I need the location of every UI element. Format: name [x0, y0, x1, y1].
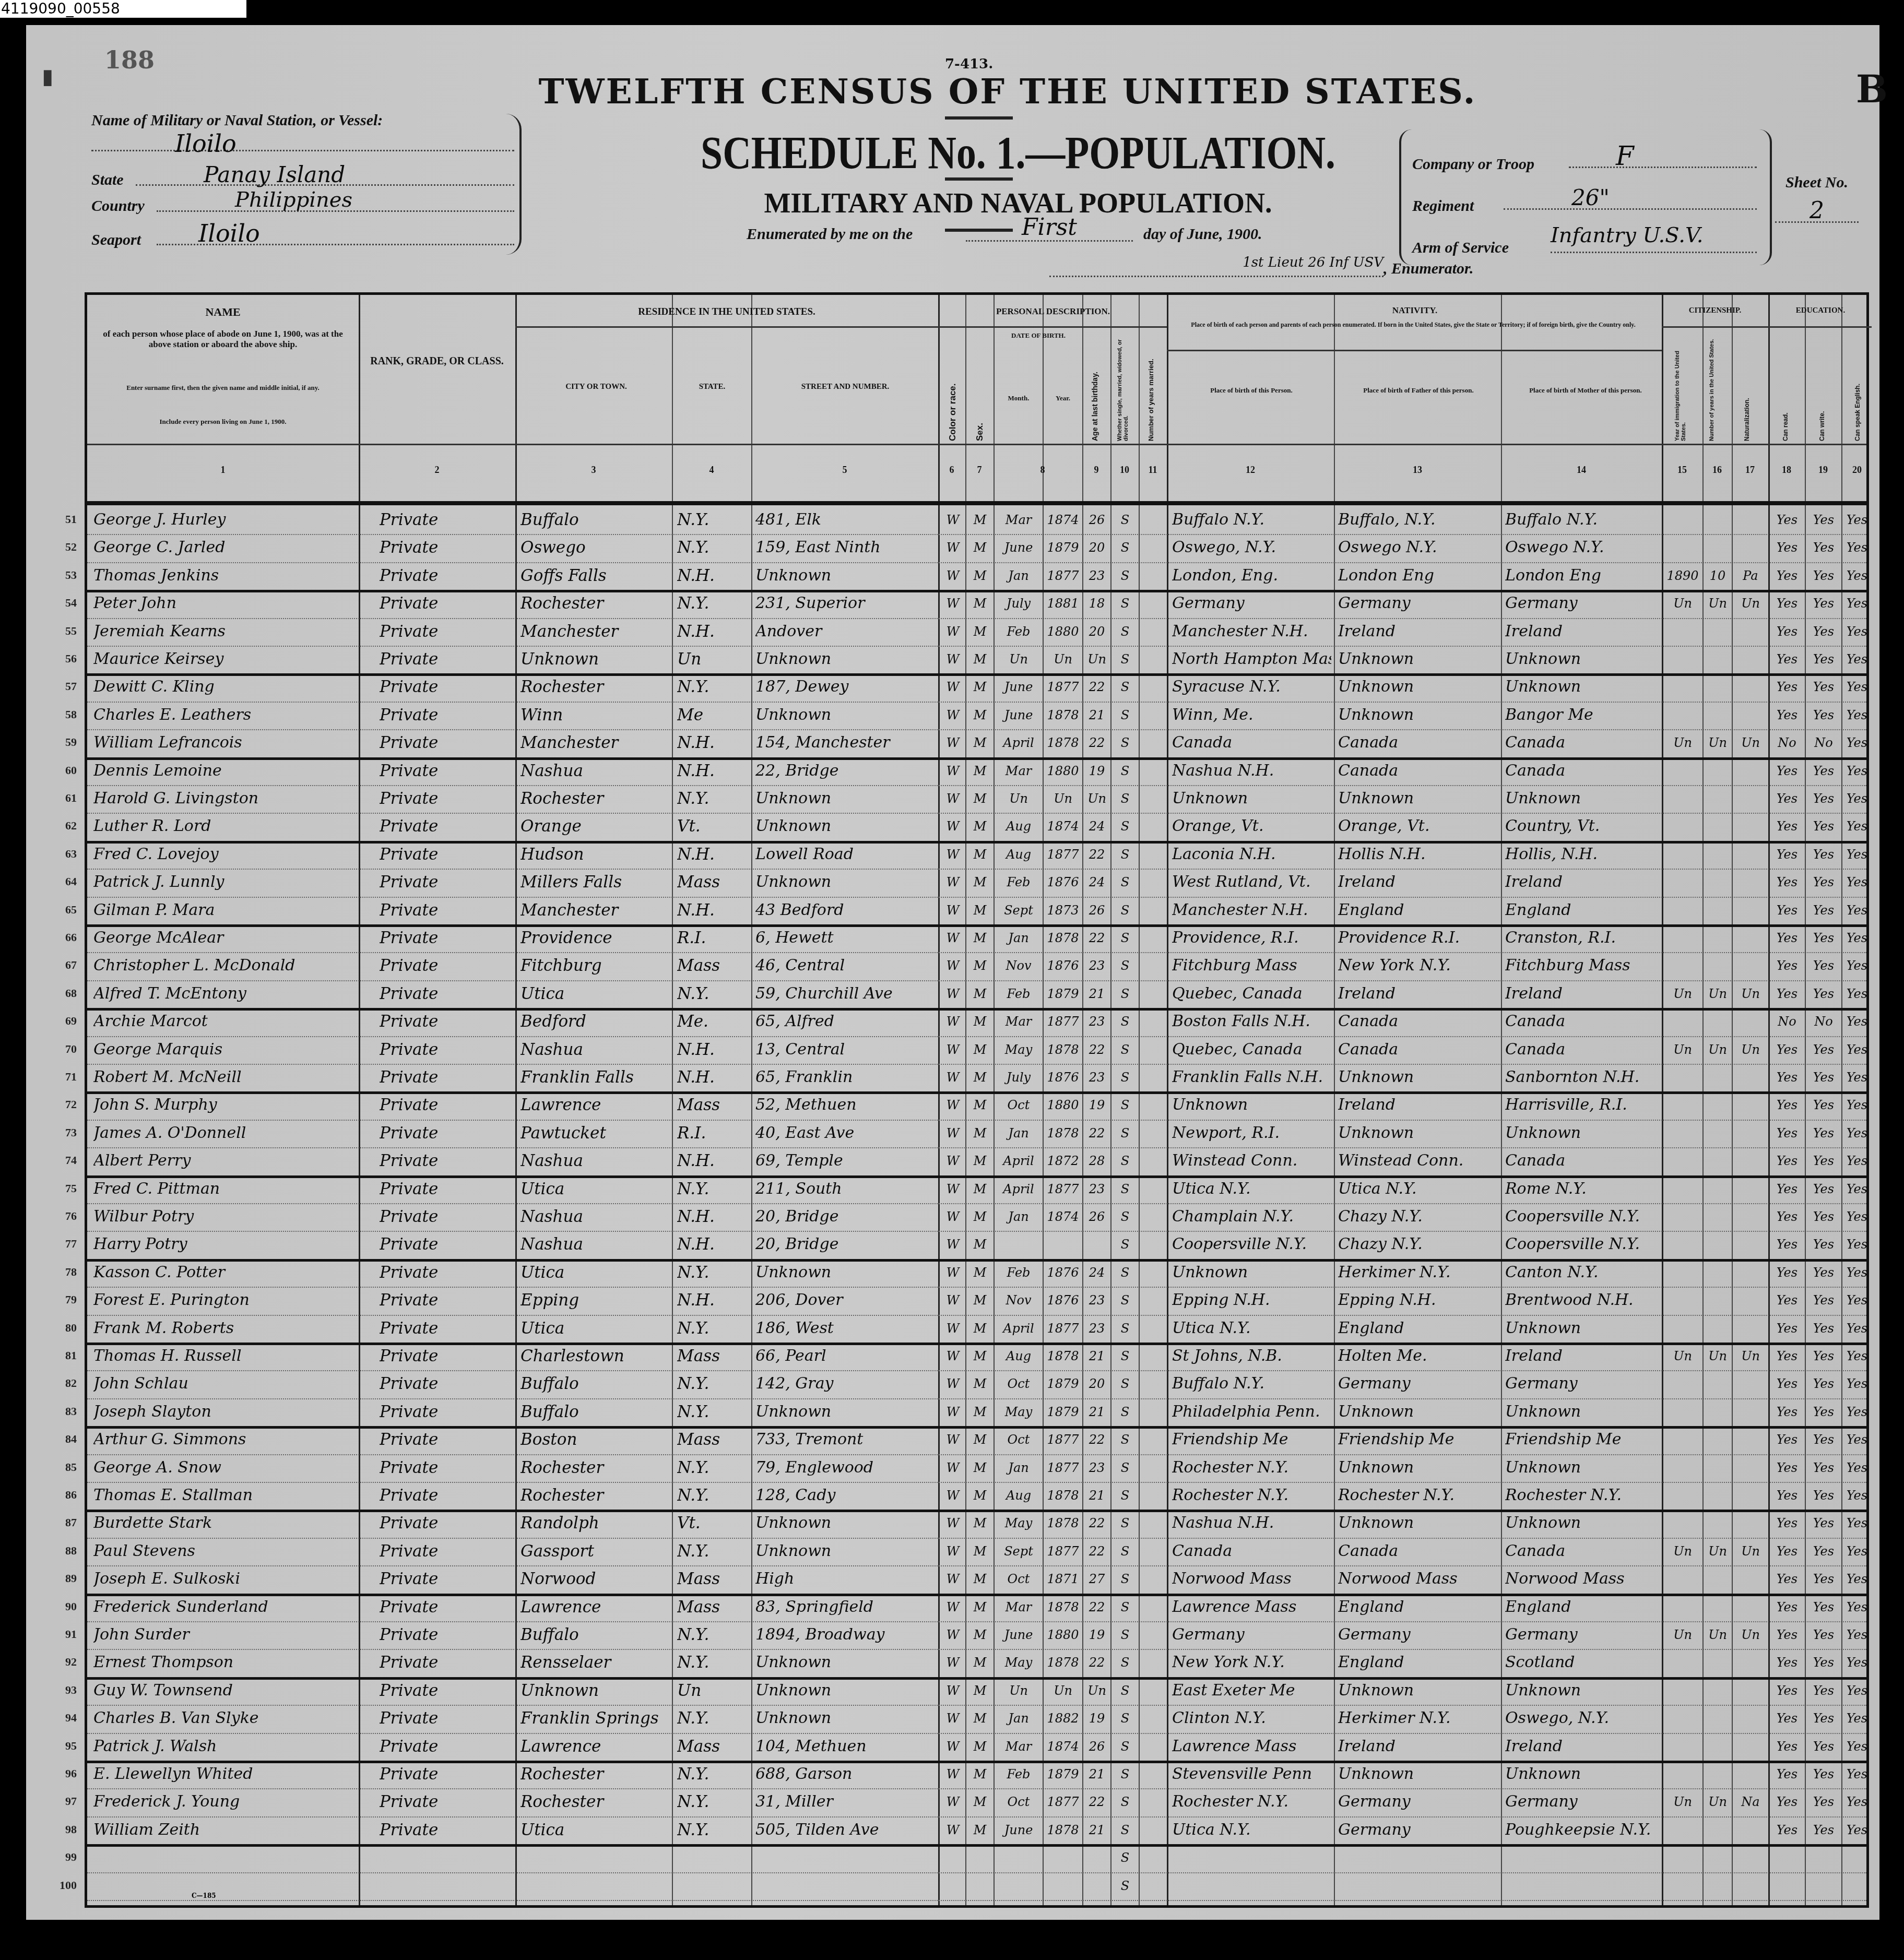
- mother-birthplace-cell: [1505, 1846, 1661, 1869]
- street-cell: 65, Franklin: [755, 1066, 936, 1089]
- age-cell: 23: [1084, 564, 1109, 587]
- father-birthplace-cell: Friendship Me: [1338, 1428, 1497, 1451]
- state-cell: N.Y.: [677, 1651, 750, 1674]
- birth-month-cell: April: [996, 1178, 1042, 1201]
- street-cell: High: [755, 1567, 936, 1590]
- line-number: 85: [51, 1460, 77, 1474]
- marital-status-cell: S: [1113, 1456, 1138, 1479]
- city-cell: Goffs Falls: [521, 564, 669, 587]
- sex-cell: M: [968, 648, 991, 671]
- mother-birthplace-cell: England: [1505, 899, 1661, 922]
- birth-month-cell: Jan: [996, 1122, 1042, 1145]
- rank-cell: Private: [380, 1456, 510, 1479]
- birth-year-cell: 1880: [1045, 620, 1081, 643]
- sex-cell: M: [968, 1233, 991, 1256]
- birth-month-cell: [996, 1846, 1042, 1869]
- sex-cell: M: [968, 1038, 991, 1061]
- birthplace-cell: Newport, R.I.: [1172, 1122, 1331, 1145]
- birth-month-cell: May: [996, 1512, 1042, 1535]
- rank-cell: Private: [380, 1066, 510, 1089]
- birth-year-cell: [1045, 1233, 1081, 1256]
- can-write-cell: Yes: [1807, 704, 1840, 727]
- birth-year-cell: 1877: [1045, 1456, 1081, 1479]
- father-birthplace-cell: Unknown: [1338, 1763, 1497, 1786]
- years-in-us-cell: [1705, 1763, 1731, 1786]
- line-number: 60: [51, 764, 77, 777]
- birthplace-cell: Norwood Mass: [1172, 1567, 1331, 1590]
- sex-cell: M: [968, 1400, 991, 1423]
- table-row: 94Charles B. Van SlykePrivateFranklin Sp…: [87, 1705, 1866, 1733]
- state-cell: N.Y.: [677, 1484, 750, 1507]
- city-cell: Utica: [521, 1317, 669, 1340]
- can-read-cell: Yes: [1770, 1567, 1804, 1590]
- table-row: 63Fred C. LovejoyPrivateHudsonN.H.Lowell…: [87, 841, 1866, 870]
- can-write-cell: Yes: [1807, 1205, 1840, 1228]
- birth-month-cell: Feb: [996, 1261, 1042, 1284]
- state-cell: Vt.: [677, 1512, 750, 1535]
- birth-month-cell: Aug: [996, 1484, 1042, 1507]
- father-birthplace-cell: Unknown: [1338, 1512, 1497, 1535]
- naturalization-cell: [1734, 815, 1767, 838]
- birthplace-cell: Lawrence Mass: [1172, 1735, 1331, 1758]
- city-cell: Franklin Falls: [521, 1066, 669, 1089]
- naturalization-cell: Pa: [1734, 564, 1767, 587]
- father-birthplace-cell: Unknown: [1338, 1400, 1497, 1423]
- city-cell: Randolph: [521, 1512, 669, 1535]
- mother-birthplace-cell: Oswego, N.Y.: [1505, 1707, 1661, 1730]
- birth-month-cell: Mar: [996, 759, 1042, 782]
- sex-cell: M: [968, 564, 991, 587]
- father-birthplace-cell: Canada: [1338, 759, 1497, 782]
- sex-cell: M: [968, 1651, 991, 1674]
- immigration-year-cell: Un: [1664, 1345, 1701, 1368]
- birth-year-cell: 1878: [1045, 1038, 1081, 1061]
- years-in-us-cell: [1705, 1010, 1731, 1033]
- state-cell: N.H.: [677, 620, 750, 643]
- can-speak-english-cell: Yes: [1843, 1651, 1871, 1674]
- birthplace-cell: Winn, Me.: [1172, 704, 1331, 727]
- name-cell: Dewitt C. Kling: [93, 675, 354, 698]
- naturalization-cell: [1734, 759, 1767, 782]
- father-birthplace-cell: Ireland: [1338, 871, 1497, 894]
- birthplace-cell: Philadelphia Penn.: [1172, 1400, 1331, 1423]
- naturalization-cell: Un: [1734, 731, 1767, 754]
- age-cell: 21: [1084, 1345, 1109, 1368]
- years-married-cell: [1141, 648, 1166, 671]
- can-speak-english-cell: Yes: [1843, 1819, 1871, 1842]
- naturalization-cell: [1734, 1149, 1767, 1172]
- mother-birthplace-cell: London Eng: [1505, 564, 1661, 587]
- can-write-cell: Yes: [1807, 1623, 1840, 1646]
- naturalization-cell: [1734, 1428, 1767, 1451]
- birth-month-cell: Jan: [996, 564, 1042, 587]
- company-field: F: [1569, 141, 1757, 168]
- immigration-year-cell: Un: [1664, 731, 1701, 754]
- mother-birthplace-cell: Unknown: [1505, 1122, 1661, 1145]
- can-read-cell: Yes: [1770, 1261, 1804, 1284]
- street-cell: 733, Tremont: [755, 1428, 936, 1451]
- col-color: Color or race.: [948, 373, 958, 441]
- can-write-cell: No: [1807, 731, 1840, 754]
- marital-status-cell: S: [1113, 899, 1138, 922]
- table-row: 65Gilman P. MaraPrivateManchesterN.H.43 …: [87, 897, 1866, 927]
- years-married-cell: [1141, 899, 1166, 922]
- can-speak-english-cell: Yes: [1843, 1205, 1871, 1228]
- rank-cell: Private: [380, 1735, 510, 1758]
- birthplace-cell: Champlain N.Y.: [1172, 1205, 1331, 1228]
- color-cell: W: [941, 899, 964, 922]
- mother-birthplace-cell: Friendship Me: [1505, 1428, 1661, 1451]
- col-age: Age at last birthday.: [1091, 337, 1099, 441]
- street-cell: 505, Tilden Ave: [755, 1819, 936, 1842]
- color-cell: W: [941, 954, 964, 977]
- birth-month-cell: Mar: [996, 508, 1042, 531]
- header-rule: [515, 326, 938, 328]
- state-cell: N.Y.: [677, 1261, 750, 1284]
- can-read-cell: Yes: [1770, 1512, 1804, 1535]
- can-read-cell: Yes: [1770, 1456, 1804, 1479]
- can-write-cell: Yes: [1807, 1735, 1840, 1758]
- state-cell: N.H.: [677, 1205, 750, 1228]
- father-birthplace-cell: Chazy N.Y.: [1338, 1205, 1497, 1228]
- city-cell: Utica: [521, 982, 669, 1005]
- immigration-year-cell: [1664, 1066, 1701, 1089]
- can-speak-english-cell: Yes: [1843, 1010, 1871, 1033]
- city-cell: Norwood: [521, 1567, 669, 1590]
- birth-year-cell: 1871: [1045, 1567, 1081, 1590]
- marital-status-cell: S: [1113, 1623, 1138, 1646]
- name-cell: Gilman P. Mara: [93, 899, 354, 922]
- can-read-cell: Yes: [1770, 675, 1804, 698]
- birthplace-cell: Syracuse N.Y.: [1172, 675, 1331, 698]
- mother-birthplace-cell: Unknown: [1505, 1317, 1661, 1340]
- can-write-cell: Yes: [1807, 1372, 1840, 1395]
- sheet-no-label: Sheet No.: [1785, 174, 1848, 192]
- age-cell: 21: [1084, 1484, 1109, 1507]
- immigration-year-cell: [1664, 1317, 1701, 1340]
- name-cell: Charles E. Leathers: [93, 704, 354, 727]
- age-cell: 27: [1084, 1567, 1109, 1590]
- title-divider: [945, 116, 1013, 120]
- color-cell: W: [941, 1790, 964, 1813]
- mother-birthplace-cell: Canada: [1505, 731, 1661, 754]
- naturalization-cell: [1734, 1372, 1767, 1395]
- can-speak-english-cell: Yes: [1843, 871, 1871, 894]
- line-number: 72: [51, 1098, 77, 1111]
- marital-status-cell: S: [1113, 1010, 1138, 1033]
- table-row: 73James A. O'DonnellPrivatePawtucketR.I.…: [87, 1120, 1866, 1148]
- can-speak-english-cell: [1843, 1846, 1871, 1869]
- immigration-year-cell: Un: [1664, 1790, 1701, 1813]
- immigration-year-cell: [1664, 1261, 1701, 1284]
- can-read-cell: Yes: [1770, 1289, 1804, 1312]
- years-in-us-cell: [1705, 1456, 1731, 1479]
- state-cell: Mass: [677, 1094, 750, 1116]
- can-write-cell: Yes: [1807, 843, 1840, 866]
- line-number: 74: [51, 1154, 77, 1167]
- rank-cell: Private: [380, 1289, 510, 1312]
- birth-month-cell: April: [996, 1317, 1042, 1340]
- sheet-letter: B: [1856, 67, 1888, 111]
- birthplace-cell: Franklin Falls N.H.: [1172, 1066, 1331, 1089]
- can-read-cell: Yes: [1770, 1038, 1804, 1061]
- header-rule: [87, 444, 1866, 445]
- age-cell: 19: [1084, 1707, 1109, 1730]
- sex-cell: M: [968, 1149, 991, 1172]
- birthplace-cell: Unknown: [1172, 787, 1331, 810]
- age-cell: 20: [1084, 1372, 1109, 1395]
- naturalization-cell: [1734, 1679, 1767, 1702]
- line-number: 75: [51, 1182, 77, 1195]
- name-cell: Luther R. Lord: [93, 815, 354, 838]
- rank-cell: Private: [380, 1205, 510, 1228]
- sex-cell: M: [968, 815, 991, 838]
- rank-cell: Private: [380, 1345, 510, 1368]
- birth-year-cell: 1878: [1045, 1819, 1081, 1842]
- marital-status-cell: S: [1113, 1289, 1138, 1312]
- birth-month-cell: April: [996, 731, 1042, 754]
- name-cell: John Schlau: [93, 1372, 354, 1395]
- state-cell: N.H.: [677, 1289, 750, 1312]
- marital-status-cell: S: [1113, 1679, 1138, 1702]
- father-birthplace-cell: Ireland: [1338, 1094, 1497, 1116]
- state-cell: N.H.: [677, 759, 750, 782]
- immigration-year-cell: [1664, 1567, 1701, 1590]
- birthplace-cell: Nashua N.H.: [1172, 759, 1331, 782]
- col-citizenship-group: CITIZENSHIP.: [1663, 306, 1767, 315]
- can-speak-english-cell: Yes: [1843, 1317, 1871, 1340]
- name-cell: [93, 1874, 354, 1897]
- name-cell: George C. Jarled: [93, 536, 354, 559]
- mother-birthplace-cell: Bangor Me: [1505, 704, 1661, 727]
- station-label: Name of Military or Naval Station, or Ve…: [91, 112, 383, 129]
- image-id-label: 4119090_00558: [0, 0, 246, 18]
- street-cell: 20, Bridge: [755, 1205, 936, 1228]
- birth-year-cell: Un: [1045, 648, 1081, 671]
- line-number: 52: [51, 540, 77, 554]
- name-cell: Harold G. Livingston: [93, 787, 354, 810]
- father-birthplace-cell: Canada: [1338, 1010, 1497, 1033]
- birthplace-cell: Boston Falls N.H.: [1172, 1010, 1331, 1033]
- birth-month-cell: April: [996, 1149, 1042, 1172]
- table-row: 75Fred C. PittmanPrivateUticaN.Y.211, So…: [87, 1175, 1866, 1204]
- city-cell: Manchester: [521, 731, 669, 754]
- age-cell: 19: [1084, 1623, 1109, 1646]
- years-married-cell: [1141, 1038, 1166, 1061]
- birth-month-cell: Un: [996, 648, 1042, 671]
- column-number: 19: [1813, 465, 1834, 476]
- years-married-cell: [1141, 1735, 1166, 1758]
- father-birthplace-cell: Germany: [1338, 592, 1497, 615]
- age-cell: 22: [1084, 1428, 1109, 1451]
- marital-status-cell: S: [1113, 1038, 1138, 1061]
- mother-birthplace-cell: Ireland: [1505, 871, 1661, 894]
- naturalization-cell: Na: [1734, 1790, 1767, 1813]
- immigration-year-cell: [1664, 1010, 1701, 1033]
- father-birthplace-cell: Orange, Vt.: [1338, 815, 1497, 838]
- can-write-cell: Yes: [1807, 1512, 1840, 1535]
- immigration-year-cell: [1664, 648, 1701, 671]
- city-cell: Buffalo: [521, 508, 669, 531]
- age-cell: 28: [1084, 1149, 1109, 1172]
- can-speak-english-cell: Yes: [1843, 620, 1871, 643]
- years-married-cell: [1141, 1790, 1166, 1813]
- color-cell: W: [941, 1038, 964, 1061]
- name-cell: [93, 1846, 354, 1869]
- birthplace-cell: Epping N.H.: [1172, 1289, 1331, 1312]
- immigration-year-cell: [1664, 1484, 1701, 1507]
- can-speak-english-cell: Yes: [1843, 954, 1871, 977]
- years-in-us-cell: [1705, 815, 1731, 838]
- city-cell: Rochester: [521, 1484, 669, 1507]
- mother-birthplace-cell: Ireland: [1505, 620, 1661, 643]
- marital-status-cell: S: [1113, 1233, 1138, 1256]
- father-birthplace-cell: Norwood Mass: [1338, 1567, 1497, 1590]
- rank-cell: Private: [380, 1317, 510, 1340]
- sex-cell: M: [968, 1010, 991, 1033]
- marital-status-cell: S: [1113, 1428, 1138, 1451]
- marital-status-cell: S: [1113, 871, 1138, 894]
- col-birth-mother: Place of birth of Mother of this person.: [1512, 386, 1659, 395]
- birth-month-cell: Feb: [996, 982, 1042, 1005]
- state-cell: [677, 1846, 750, 1869]
- birth-month-cell: Nov: [996, 1289, 1042, 1312]
- table-row: 79Forest E. PuringtonPrivateEppingN.H.20…: [87, 1287, 1866, 1315]
- age-cell: 23: [1084, 1317, 1109, 1340]
- can-read-cell: Yes: [1770, 1317, 1804, 1340]
- table-row: 57Dewitt C. KlingPrivateRochesterN.Y.187…: [87, 673, 1866, 702]
- col-name-desc: of each person whose place of abode on J…: [98, 329, 348, 350]
- table-row: 82John SchlauPrivateBuffaloN.Y.142, Gray…: [87, 1370, 1866, 1399]
- naturalization-cell: [1734, 1763, 1767, 1786]
- birth-year-cell: 1878: [1045, 1122, 1081, 1145]
- sex-cell: M: [968, 731, 991, 754]
- years-married-cell: [1141, 1205, 1166, 1228]
- name-cell: E. Llewellyn Whited: [93, 1763, 354, 1786]
- naturalization-cell: [1734, 1512, 1767, 1535]
- sex-cell: M: [968, 1317, 991, 1340]
- can-write-cell: Yes: [1807, 1317, 1840, 1340]
- can-speak-english-cell: Yes: [1843, 1149, 1871, 1172]
- birthplace-cell: [1172, 1874, 1331, 1897]
- sex-cell: M: [968, 1345, 991, 1368]
- can-speak-english-cell: Yes: [1843, 787, 1871, 810]
- rank-cell: Private: [380, 871, 510, 894]
- can-speak-english-cell: Yes: [1843, 1596, 1871, 1619]
- color-cell: W: [941, 982, 964, 1005]
- years-married-cell: [1141, 1428, 1166, 1451]
- can-read-cell: Yes: [1770, 815, 1804, 838]
- city-cell: Pawtucket: [521, 1122, 669, 1145]
- street-cell: 79, Englewood: [755, 1456, 936, 1479]
- years-married-cell: [1141, 954, 1166, 977]
- immigration-year-cell: [1664, 1094, 1701, 1116]
- country-field: Philippines: [157, 188, 514, 212]
- age-cell: 24: [1084, 871, 1109, 894]
- immigration-year-cell: [1664, 1763, 1701, 1786]
- mother-birthplace-cell: Canada: [1505, 1038, 1661, 1061]
- name-cell: Fred C. Lovejoy: [93, 843, 354, 866]
- table-row: 80Frank M. RobertsPrivateUticaN.Y.186, W…: [87, 1315, 1866, 1345]
- can-write-cell: [1807, 1874, 1840, 1897]
- years-married-cell: [1141, 1707, 1166, 1730]
- col-can-read: Can read.: [1782, 399, 1789, 441]
- street-cell: 231, Superior: [755, 592, 936, 615]
- years-in-us-cell: [1705, 1484, 1731, 1507]
- sex-cell: M: [968, 1567, 991, 1590]
- name-cell: Frank M. Roberts: [93, 1317, 354, 1340]
- years-in-us-cell: [1705, 926, 1731, 949]
- marital-status-cell: S: [1113, 648, 1138, 671]
- father-birthplace-cell: New York N.Y.: [1338, 954, 1497, 977]
- birth-year-cell: 1880: [1045, 1623, 1081, 1646]
- years-married-cell: [1141, 787, 1166, 810]
- years-married-cell: [1141, 1484, 1166, 1507]
- table-row: 55Jeremiah KearnsPrivateManchesterN.H.An…: [87, 618, 1866, 647]
- col-can-write: Can write.: [1818, 399, 1826, 441]
- marital-status-cell: S: [1113, 787, 1138, 810]
- naturalization-cell: [1734, 954, 1767, 977]
- state-cell: N.Y.: [677, 1178, 750, 1201]
- years-married-cell: [1141, 731, 1166, 754]
- birthplace-cell: Rochester N.Y.: [1172, 1484, 1331, 1507]
- birth-year-cell: 1876: [1045, 1261, 1081, 1284]
- immigration-year-cell: [1664, 1205, 1701, 1228]
- sex-cell: M: [968, 899, 991, 922]
- street-cell: Unknown: [755, 648, 936, 671]
- can-write-cell: Yes: [1807, 759, 1840, 782]
- sex-cell: M: [968, 1066, 991, 1089]
- can-read-cell: Yes: [1770, 564, 1804, 587]
- father-birthplace-cell: Unknown: [1338, 1456, 1497, 1479]
- city-cell: Nashua: [521, 1149, 669, 1172]
- state-cell: N.H.: [677, 1066, 750, 1089]
- line-number: 95: [51, 1739, 77, 1753]
- color-cell: W: [941, 675, 964, 698]
- can-write-cell: Yes: [1807, 899, 1840, 922]
- years-in-us-cell: Un: [1705, 1345, 1731, 1368]
- mother-birthplace-cell: Brentwood N.H.: [1505, 1289, 1661, 1312]
- marital-status-cell: S: [1113, 1122, 1138, 1145]
- line-number: 98: [51, 1823, 77, 1836]
- father-birthplace-cell: London Eng: [1338, 564, 1497, 587]
- years-married-cell: [1141, 1567, 1166, 1590]
- father-birthplace-cell: Canada: [1338, 1038, 1497, 1061]
- marital-status-cell: S: [1113, 1763, 1138, 1786]
- city-cell: Rochester: [521, 1456, 669, 1479]
- state-cell: N.Y.: [677, 1707, 750, 1730]
- birth-year-cell: 1879: [1045, 1372, 1081, 1395]
- line-number: 81: [51, 1349, 77, 1362]
- birth-year-cell: 1881: [1045, 592, 1081, 615]
- state-label: State: [91, 171, 124, 189]
- years-married-cell: [1141, 926, 1166, 949]
- table-row: 99S: [87, 1844, 1866, 1873]
- rank-cell: Private: [380, 759, 510, 782]
- sex-cell: M: [968, 592, 991, 615]
- can-write-cell: Yes: [1807, 1066, 1840, 1089]
- line-number: 71: [51, 1070, 77, 1084]
- birth-month-cell: [996, 1874, 1042, 1897]
- table-row: 58Charles E. LeathersPrivateWinnMeUnknow…: [87, 702, 1866, 730]
- mother-birthplace-cell: Unknown: [1505, 1679, 1661, 1702]
- street-cell: 83, Springfield: [755, 1596, 936, 1619]
- birth-month-cell: Mar: [996, 1596, 1042, 1619]
- birthplace-cell: London, Eng.: [1172, 564, 1331, 587]
- seaport-field: Iloilo: [157, 219, 514, 245]
- birthplace-cell: [1172, 1846, 1331, 1869]
- rank-cell: Private: [380, 787, 510, 810]
